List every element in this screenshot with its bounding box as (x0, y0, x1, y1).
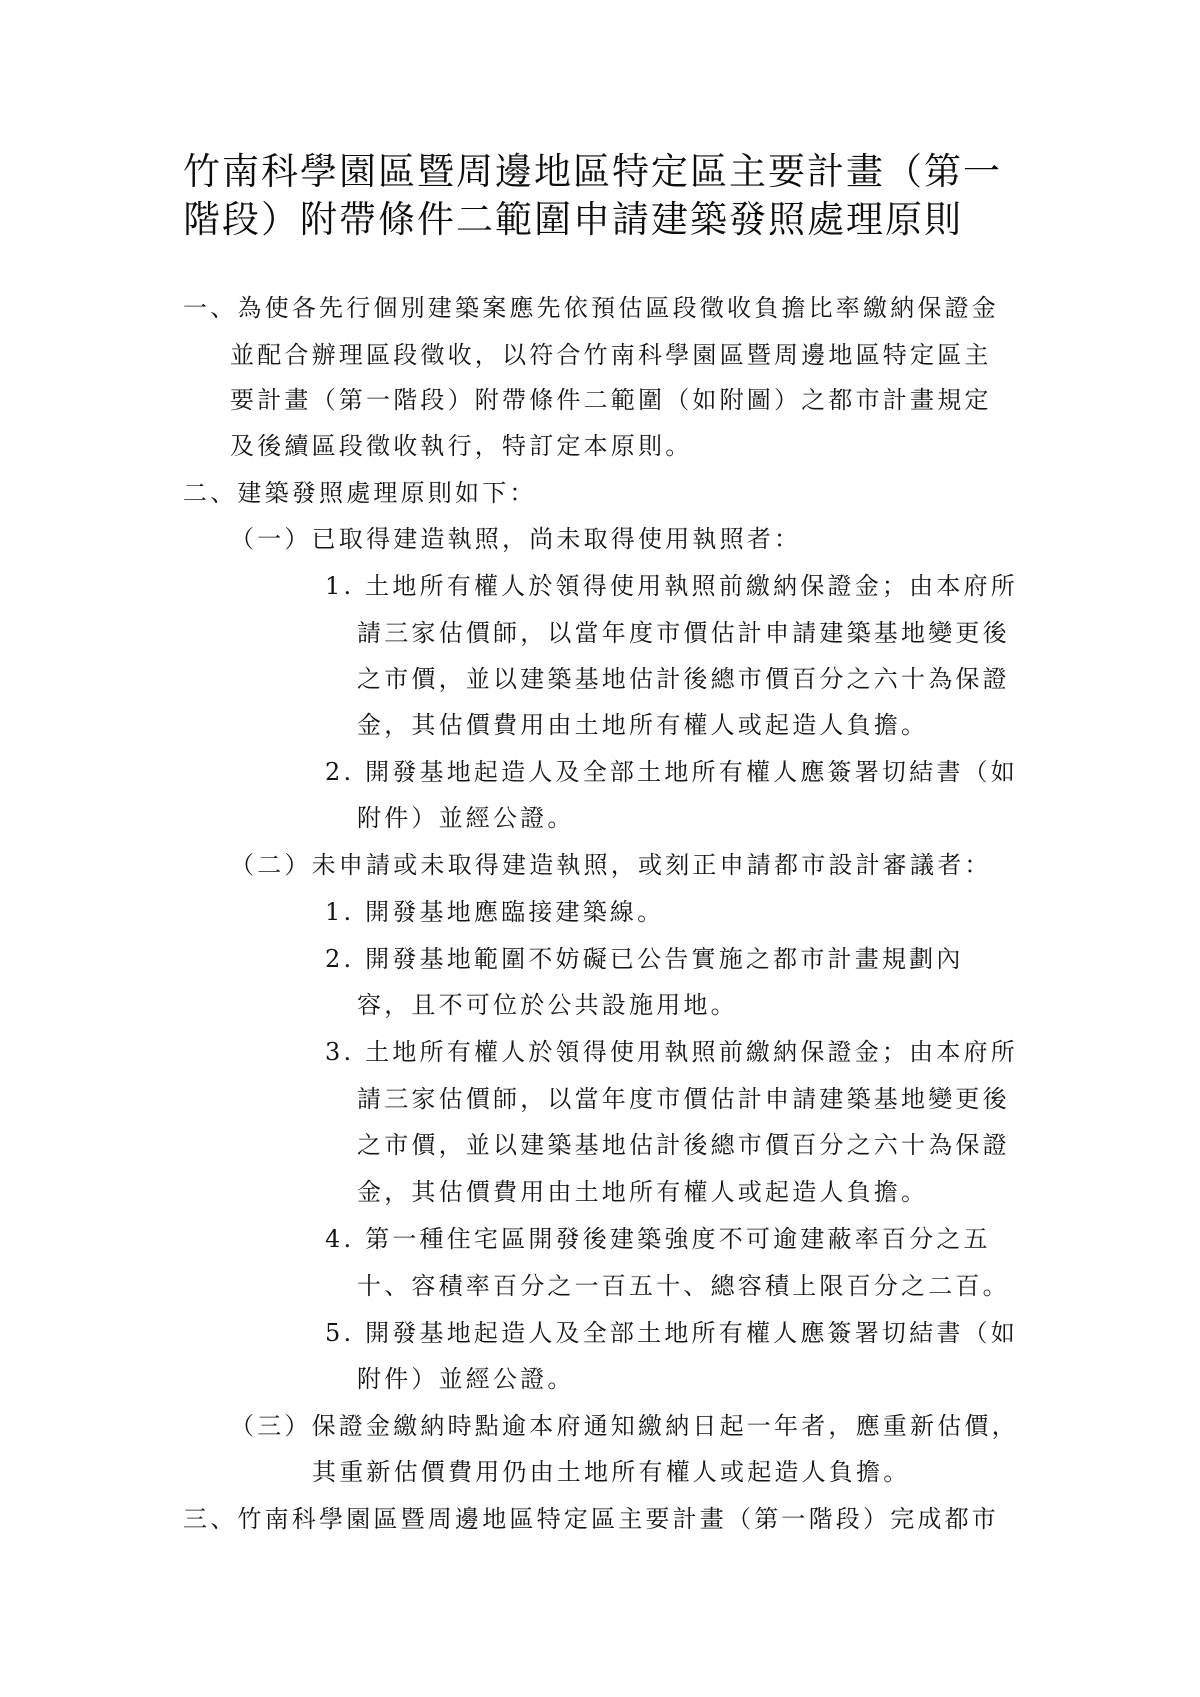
subsection-1-item-1-line-3: 之市價，並以建築基地估計後總市價百分之六十為保證 (357, 664, 1010, 694)
document-title-line-1: 竹南科學園區暨周邊地區特定區主要計畫（第一 (183, 150, 1002, 194)
section-1-line-2: 並配合辦理區段徵收，以符合竹南科學園區暨周邊地區特定區主 (230, 340, 992, 370)
subsection-2-item-2-line-2: 容，且不可位於公共設施用地。 (357, 990, 738, 1020)
subsection-1-heading: （一）已取得建造執照，尚未取得使用執照者： (230, 524, 801, 554)
subsection-1-item-1-line-1: 1. 土地所有權人於領得使用執照前繳納保證金；由本府所 (325, 571, 1018, 601)
subsection-2-item-4-line-2: 十、容積率百分之一百五十、總容積上限百分之二百。 (357, 1271, 1010, 1301)
section-2-heading: 二、建築發照處理原則如下： (183, 478, 537, 508)
subsection-2-item-4-line-1: 4. 第一種住宅區開發後建築強度不可逾建蔽率百分之五 (325, 1224, 991, 1254)
subsection-2-item-5-line-2: 附件）並經公證。 (357, 1364, 575, 1394)
subsection-1-item-1-line-4: 金，其估價費用由土地所有權人或起造人負擔。 (357, 710, 928, 740)
subsection-3-line-1: （三）保證金繳納時點逾本府通知繳納日起一年者，應重新估價， (230, 1411, 1019, 1441)
subsection-2-item-2-line-1: 2. 開發基地範圍不妨礙已公告實施之都市計畫規劃內 (325, 944, 964, 974)
section-1-line-1: 一、為使各先行個別建築案應先依預估區段徵收負擔比率繳納保證金 (183, 293, 999, 323)
subsection-2-item-1: 1. 開發基地應臨接建築線。 (325, 897, 664, 927)
document-title-line-2: 階段）附帶條件二範圍申請建築發照處理原則 (183, 198, 963, 242)
document-page: 竹南科學園區暨周邊地區特定區主要計畫（第一 階段）附帶條件二範圍申請建築發照處理… (0, 0, 1200, 1697)
subsection-1-item-1-line-2: 請三家估價師，以當年度市價估計申請建築基地變更後 (357, 618, 1010, 648)
subsection-1-item-2-line-2: 附件）並經公證。 (357, 803, 575, 833)
subsection-1-item-2-line-1: 2. 開發基地起造人及全部土地所有權人應簽署切結書（如 (325, 757, 1018, 787)
subsection-2-item-3-line-1: 3. 土地所有權人於領得使用執照前繳納保證金；由本府所 (325, 1037, 1018, 1067)
section-3-line-1: 三、竹南科學園區暨周邊地區特定區主要計畫（第一階段）完成都市 (183, 1504, 999, 1534)
section-1-line-3: 要計畫（第一階段）附帶條件二範圍（如附圖）之都市計畫規定 (230, 385, 992, 415)
subsection-2-item-3-line-2: 請三家估價師，以當年度市價估計申請建築基地變更後 (357, 1084, 1010, 1114)
subsection-3-line-2: 其重新估價費用仍由土地所有權人或起造人負擔。 (312, 1457, 910, 1487)
subsection-2-item-5-line-1: 5. 開發基地起造人及全部土地所有權人應簽署切結書（如 (325, 1318, 1018, 1348)
subsection-2-item-3-line-3: 之市價，並以建築基地估計後總市價百分之六十為保證 (357, 1130, 1010, 1160)
subsection-2-heading: （二）未申請或未取得建造執照，或刻正申請都市設計審議者： (230, 850, 992, 880)
subsection-2-item-3-line-4: 金，其估價費用由土地所有權人或起造人負擔。 (357, 1177, 928, 1207)
section-1-line-4: 及後續區段徵收執行，特訂定本原則。 (230, 431, 692, 461)
